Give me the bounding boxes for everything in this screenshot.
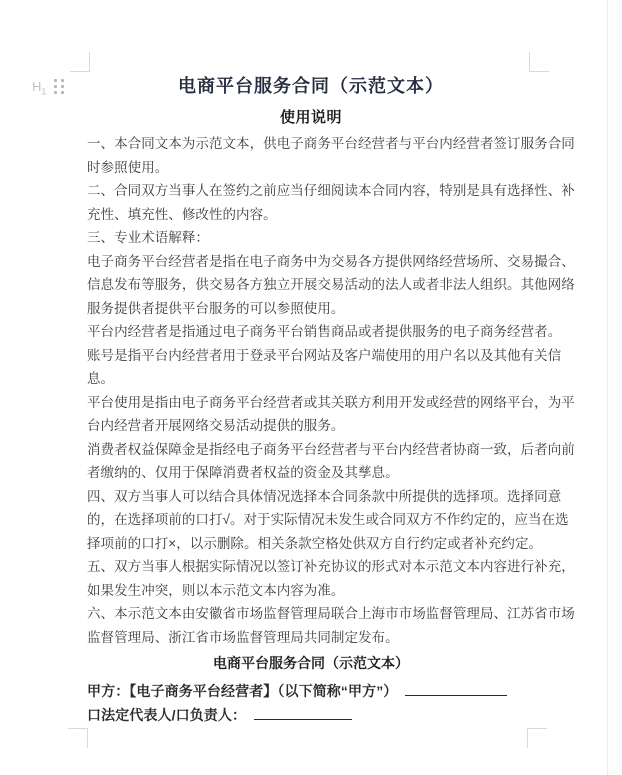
text-boundary-mark-top-right xyxy=(529,52,549,72)
legal-representative-blank-field[interactable] xyxy=(254,706,352,720)
usage-instructions-heading: 使用说明 xyxy=(0,106,622,127)
document-title: 电商平台服务合同（示范文本） xyxy=(0,72,622,98)
text-boundary-mark-bottom-left xyxy=(68,728,88,748)
contract-section-heading: 电商平台服务合同（示范文本） xyxy=(0,653,622,673)
usage-instructions-body: 一、本合同文本为示范文本，供电子商务平台经营者与平台内经营者签订服务合同 时参照… xyxy=(87,132,587,649)
document-page: { "document": { "title": "电商平台服务合同（示范文本）… xyxy=(0,0,622,775)
legal-representative-label: 口法定代表人/口负责人： xyxy=(87,707,246,723)
party-a-label: 甲方：【电子商务平台经营者】（以下简称“甲方”） xyxy=(87,683,397,699)
party-a-line: 甲方：【电子商务平台经营者】（以下简称“甲方”） xyxy=(87,681,507,701)
text-boundary-mark-bottom-right xyxy=(527,728,547,748)
text-boundary-mark-top-left xyxy=(70,52,90,72)
party-a-blank-field[interactable] xyxy=(405,682,507,696)
legal-representative-line: 口法定代表人/口负责人： xyxy=(87,705,352,725)
